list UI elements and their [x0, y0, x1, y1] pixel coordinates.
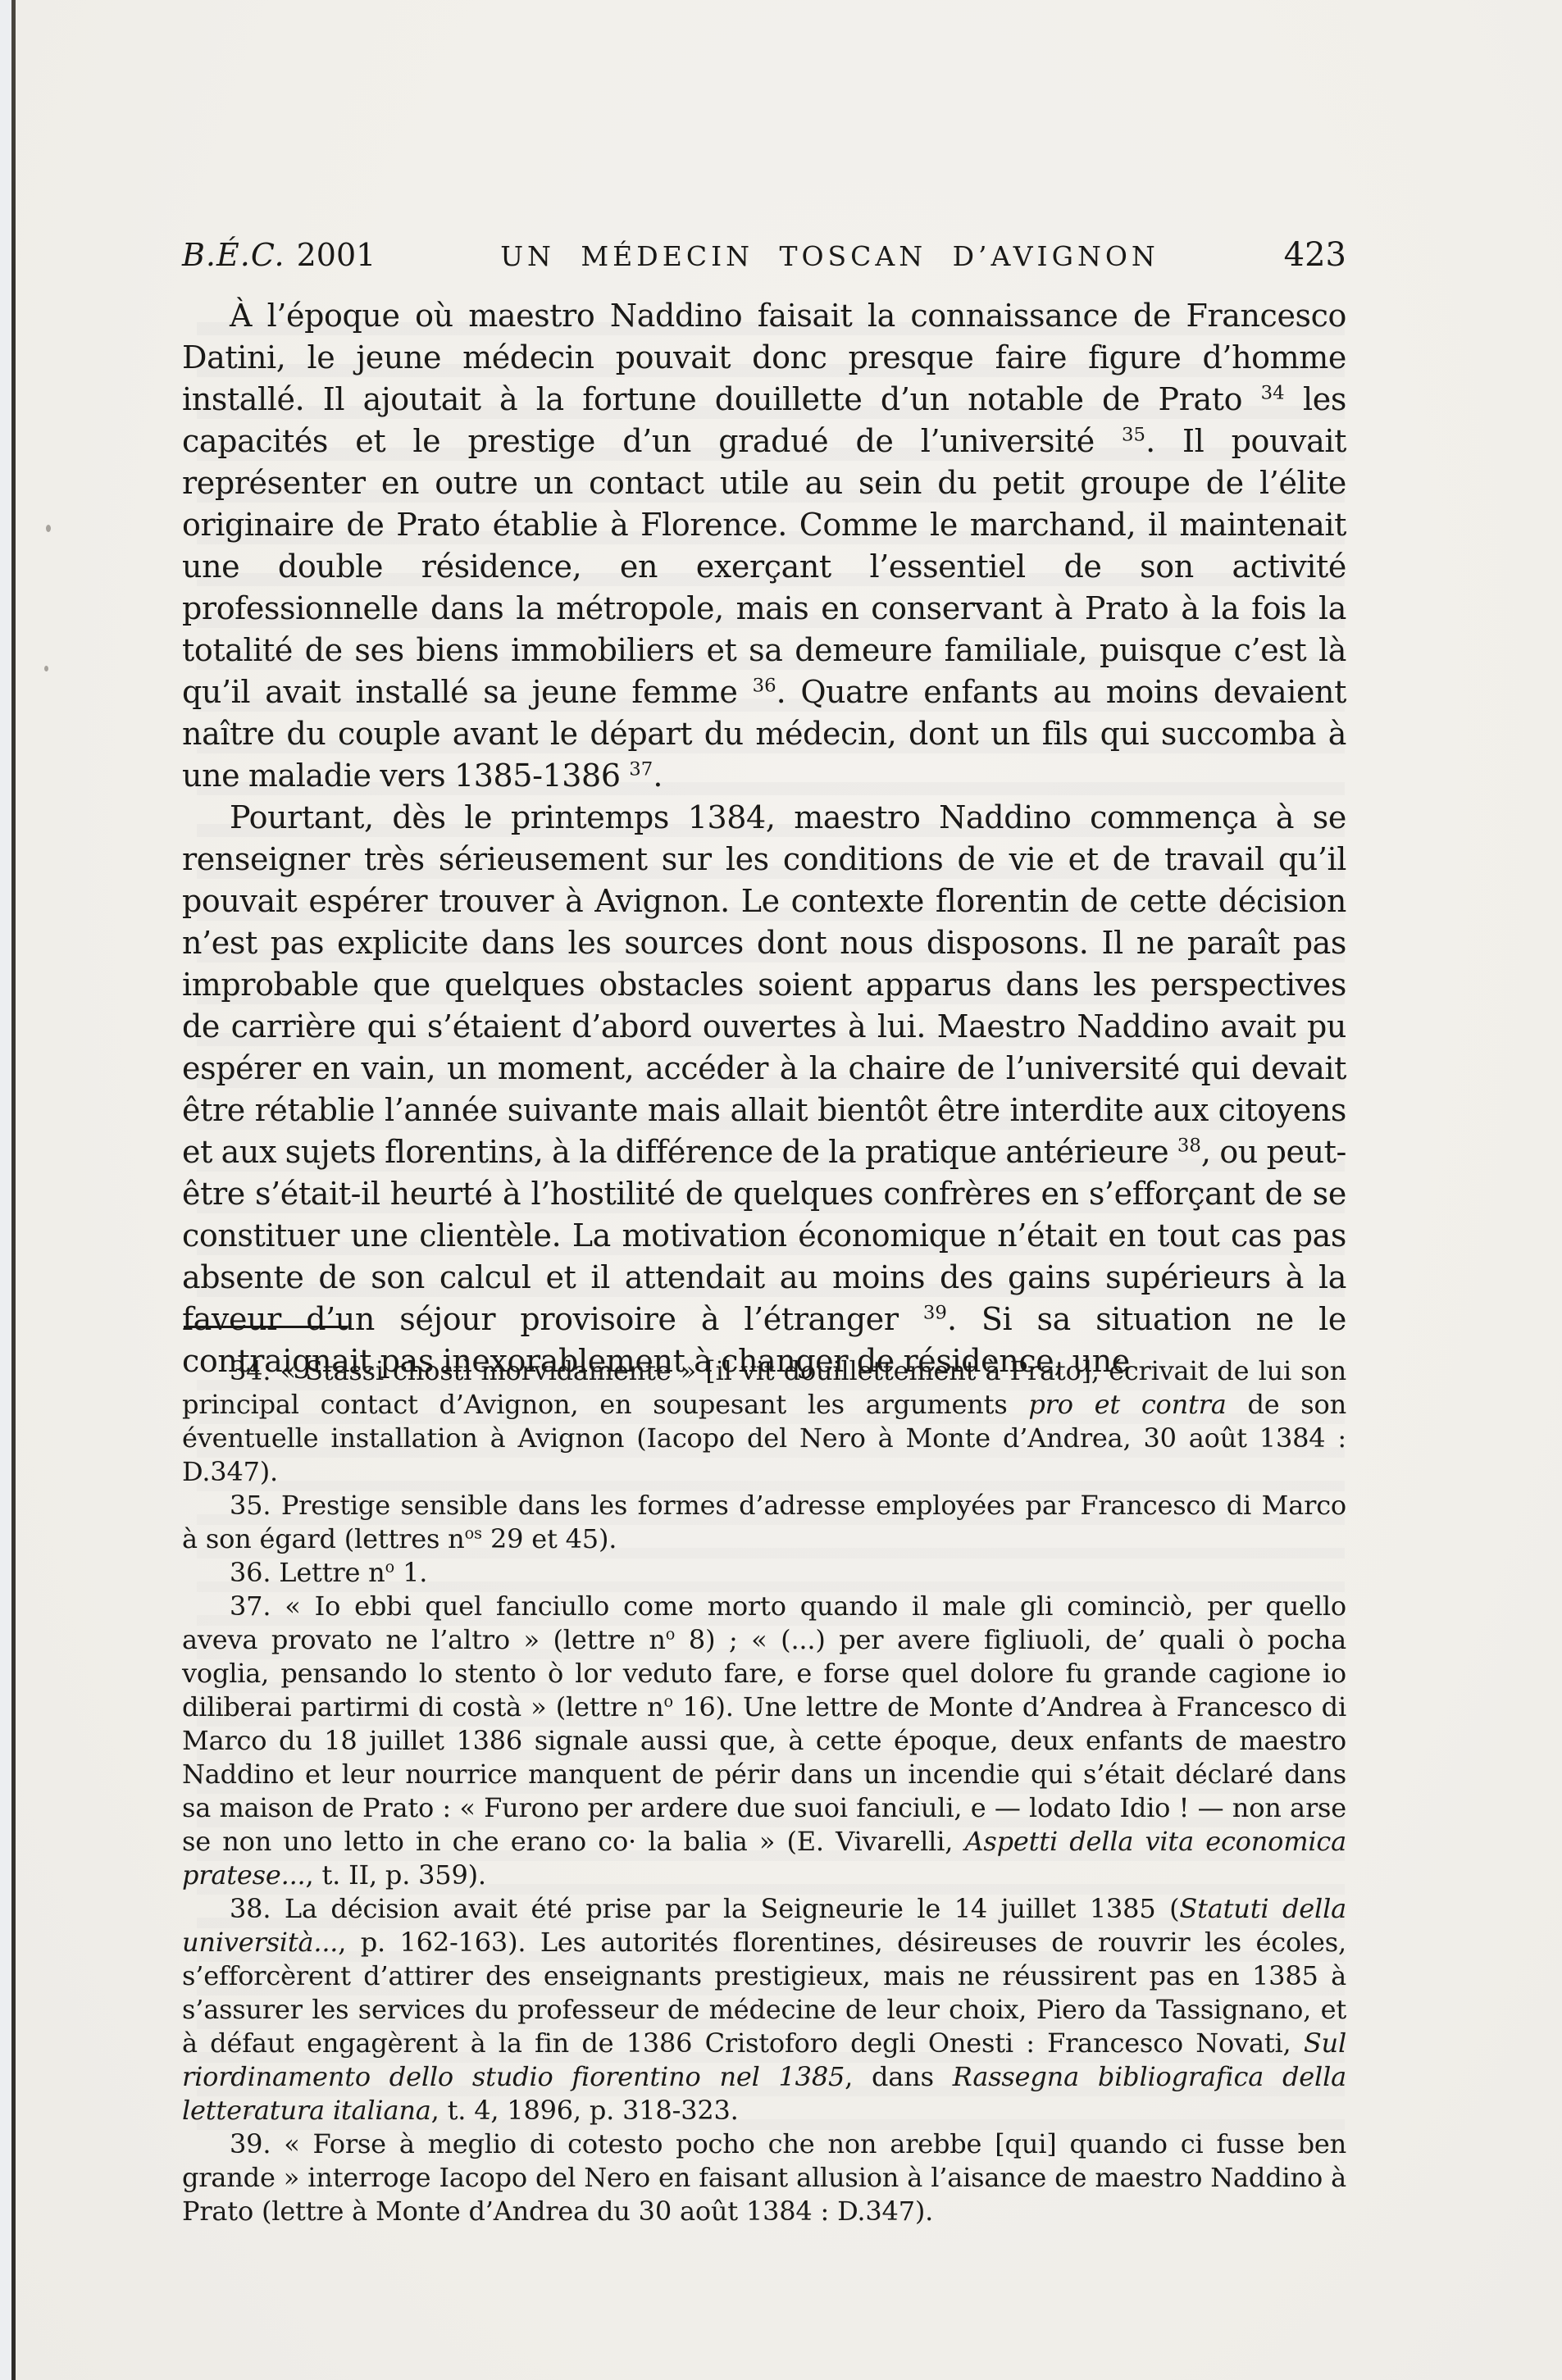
footnote: 39. « Forse à meglio di cotesto pocho ch…	[182, 2127, 1346, 2228]
footnote: 37. « Io ebbi quel fanciullo come morto …	[182, 1590, 1346, 1892]
text-run: . Il pouvait représenter en outre un con…	[182, 423, 1346, 710]
scanned-page: B.É.C.2001 UN MÉDECIN TOSCAN D’AVIGNON 4…	[0, 0, 1562, 2380]
text-run: , dans	[845, 2061, 953, 2092]
footnote-reference: o	[663, 1691, 673, 1710]
text-run: 29 et 45).	[482, 1523, 617, 1554]
text-run: À l’époque où maestro Naddino faisait la…	[182, 298, 1346, 417]
text-run: Pourtant, dès le printemps 1384, maestro…	[182, 799, 1346, 1170]
text-run: 39. « Forse à meglio di cotesto pocho ch…	[182, 2128, 1346, 2227]
journal-year: 2001	[297, 237, 376, 273]
footnote: 38. La décision avait été prise par la S…	[182, 1892, 1346, 2127]
footnote-reference: os	[465, 1523, 482, 1542]
body-paragraph: Pourtant, dès le printemps 1384, maestro…	[182, 797, 1346, 1382]
footnote: 35. Prestige sensible dans les formes d’…	[182, 1489, 1346, 1556]
footnote: 36. Lettre no 1.	[182, 1556, 1346, 1590]
footnote-separator	[184, 1326, 348, 1328]
footnote-reference: 35	[1122, 424, 1145, 445]
body-paragraph: À l’époque où maestro Naddino faisait la…	[182, 295, 1346, 797]
text-run: , t. II, p. 359).	[306, 1859, 486, 1891]
text-run: 1.	[394, 1557, 427, 1588]
page-edge-line	[11, 0, 16, 2380]
footnote-reference: 34	[1261, 382, 1285, 403]
journal-reference: B.É.C.2001	[182, 237, 376, 273]
text-run: , t. 4, 1896, p. 318-323.	[431, 2095, 739, 2126]
page-number: 423	[1284, 236, 1346, 274]
running-title: UN MÉDECIN TOSCAN D’AVIGNON	[500, 240, 1159, 272]
footnote-reference: 37	[629, 758, 653, 780]
footnote-reference: 39	[923, 1302, 947, 1323]
footnotes: 34. « Stassi chostì morvidamente » [il v…	[182, 1354, 1346, 2228]
footnote-reference: 38	[1177, 1135, 1201, 1156]
text-run: .	[653, 758, 663, 794]
italic-text: pro et contra	[1028, 1389, 1226, 1420]
scan-speck	[46, 525, 51, 532]
journal-abbreviation: B.É.C.	[182, 237, 285, 273]
text-run: 38. La décision avait été prise par la S…	[230, 1893, 1179, 1924]
body-text: À l’époque où maestro Naddino faisait la…	[182, 295, 1346, 1382]
footnote: 34. « Stassi chostì morvidamente » [il v…	[182, 1354, 1346, 1489]
text-run: , p. 162-163). Les autorités florentines…	[182, 1927, 1346, 2059]
page-header: B.É.C.2001 UN MÉDECIN TOSCAN D’AVIGNON 4…	[182, 236, 1346, 274]
text-run: 35. Prestige sensible dans les formes d’…	[182, 1490, 1346, 1554]
footnote-reference: o	[666, 1624, 676, 1643]
footnote-reference: 36	[753, 675, 776, 696]
footnote-reference: o	[385, 1557, 395, 1576]
scan-speck	[44, 666, 48, 671]
text-run: 36. Lettre n	[230, 1557, 385, 1588]
